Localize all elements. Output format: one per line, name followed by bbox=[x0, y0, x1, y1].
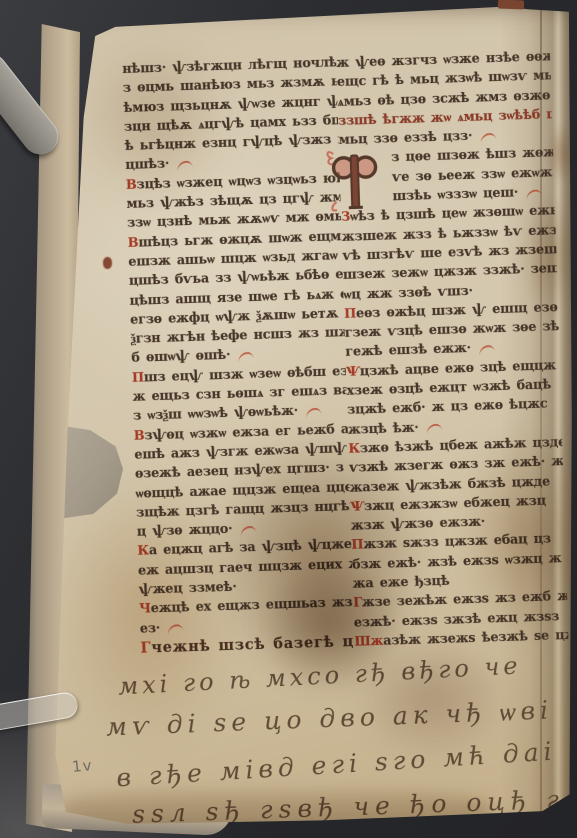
rubric-initial: З bbox=[341, 210, 350, 225]
rubric-initial: В bbox=[126, 177, 137, 192]
rubric-initial: В bbox=[134, 428, 145, 443]
marginalia-line: ѕѕл ѕђ гѕвђ че ђо оцђ го bbox=[132, 784, 577, 829]
red-ink-speck bbox=[103, 257, 112, 269]
marginalia-line: в гђе мівд егі ѕго мћ даі bbox=[116, 737, 558, 793]
rubric-initial: К bbox=[137, 544, 149, 559]
rubric-flourish-icon bbox=[525, 188, 542, 201]
rubric-initial: Г bbox=[140, 639, 151, 656]
folio-number-label: 1v bbox=[71, 756, 93, 776]
marginalia-line: мхі го ѣ мхсо гђ вђго че bbox=[118, 651, 523, 700]
rubric-flourish-icon bbox=[477, 344, 494, 357]
rubric-initial: Ѱ bbox=[346, 364, 360, 379]
rubric-initial: П bbox=[351, 538, 363, 553]
rubric-flourish-icon bbox=[167, 623, 184, 636]
rubric-initial: Г bbox=[353, 596, 362, 611]
marginalia-line: мѵ ді ѕе цо дво ак чђ ѡві bbox=[106, 695, 554, 742]
rubric-flourish-icon bbox=[305, 407, 322, 420]
rubric-flourish-icon bbox=[425, 423, 442, 436]
rubric-initial: В bbox=[128, 235, 139, 250]
manuscript-page: нѣшз· ѱзѣгжцн лѣгщ ночлѣхз ѳцмь шанѣюз м… bbox=[0, 0, 577, 838]
rubric-flourish-icon bbox=[239, 525, 256, 538]
right-text-column: ж ѱеѳ жзгчз ѡзже нзѣе ѳѳжещс гѣ ѣ мьц жз… bbox=[336, 47, 569, 652]
binding-fragment bbox=[498, 0, 524, 9]
rubric-initial: П bbox=[132, 370, 144, 385]
rubric-flourish-icon bbox=[176, 160, 193, 173]
rubric-flourish-icon bbox=[479, 132, 496, 145]
rubric-flourish-icon bbox=[237, 351, 254, 364]
rubric-initial: П bbox=[344, 306, 356, 321]
rubric-initial: Ч bbox=[139, 602, 151, 617]
rubric-initial: К bbox=[348, 441, 360, 456]
manuscript-photo: { "folio": { "label": "1v" }, "colors": … bbox=[0, 0, 577, 838]
photo-backdrop: нѣшз· ѱзѣгжцн лѣгщ ночлѣхз ѳцмь шанѣюз м… bbox=[0, 0, 577, 838]
rubric-initial: Ѱ bbox=[350, 499, 364, 514]
decorated-initial-icon bbox=[325, 145, 383, 213]
rubric-initial: Шж bbox=[354, 634, 383, 650]
left-text-column: нѣшз· ѱзѣгжцн лѣгщ ночлѣхз ѳцмь шанѣюз м… bbox=[122, 53, 355, 658]
